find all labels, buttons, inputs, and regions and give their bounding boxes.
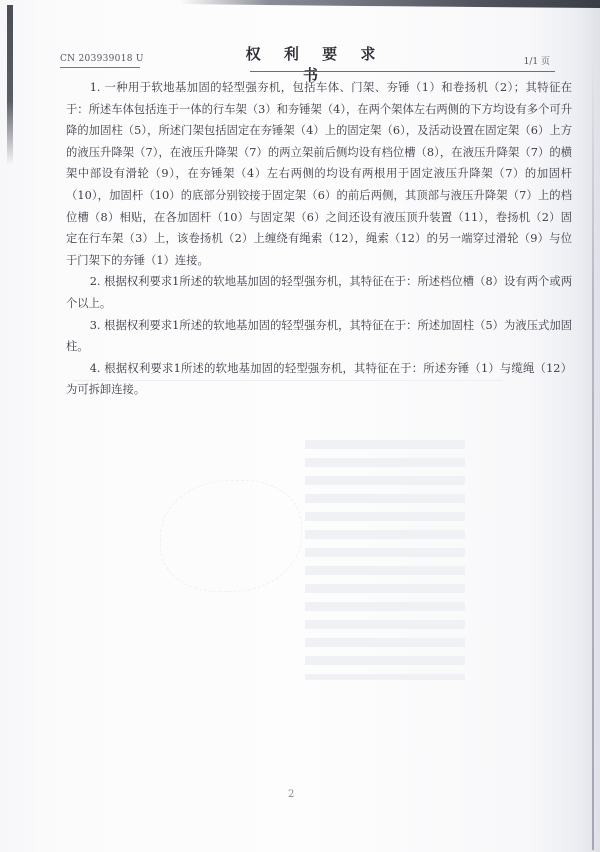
claim-text: 根据权利要求1所述的软地基加固的轻型强夯机，其特征在于：所述加固柱（5）为液压式…	[66, 319, 572, 354]
document-header: CN 203939018 U 权 利 要 求 书 1/1 页	[60, 40, 580, 70]
claim-number: 3.	[90, 319, 101, 332]
claim-number: 4.	[90, 362, 101, 375]
claim-3: 3. 根据权利要求1所述的软地基加固的轻型强夯机，其特征在于：所述加固柱（5）为…	[66, 315, 572, 358]
claim-4: 4. 根据权利要求1所述的软地基加固的轻型强夯机，其特征在于：所述夯锤（1）与缆…	[66, 358, 572, 401]
claim-2: 2. 根据权利要求1所述的软地基加固的轻型强夯机，其特征在于：所述档位槽（8）设…	[66, 271, 572, 314]
bleed-through-drawing	[160, 480, 302, 592]
claim-text: 根据权利要求1所述的软地基加固的轻型强夯机，其特征在于：所述档位槽（8）设有两个…	[66, 275, 572, 310]
claim-number: 2.	[90, 275, 101, 288]
scan-top-shadow	[0, 0, 600, 10]
bleed-through-abstract	[305, 440, 465, 680]
header-rule	[250, 71, 555, 72]
claims-section: 1. 一种用于软地基加固的轻型强夯机，包括车体、门架、夯锤（1）和卷扬机（2）；…	[66, 77, 572, 401]
scan-right-edge	[592, 60, 594, 850]
scan-left-edge	[7, 5, 13, 165]
claim-text: 根据权利要求1所述的软地基加固的轻型强夯机，其特征在于：所述夯锤（1）与缆绳（1…	[66, 362, 572, 397]
publication-number: CN 203939018 U	[60, 54, 144, 64]
page-number: 2	[288, 789, 294, 800]
publication-number-underline	[60, 67, 140, 68]
scanned-page: CN 203939018 U 权 利 要 求 书 1/1 页 1. 一种用于软地…	[0, 0, 600, 852]
page-indicator: 1/1 页	[524, 54, 550, 67]
claim-number: 1.	[90, 81, 101, 94]
claim-1: 1. 一种用于软地基加固的轻型强夯机，包括车体、门架、夯锤（1）和卷扬机（2）；…	[66, 77, 572, 271]
claim-text: 一种用于软地基加固的轻型强夯机，包括车体、门架、夯锤（1）和卷扬机（2）；其特征…	[66, 81, 572, 267]
